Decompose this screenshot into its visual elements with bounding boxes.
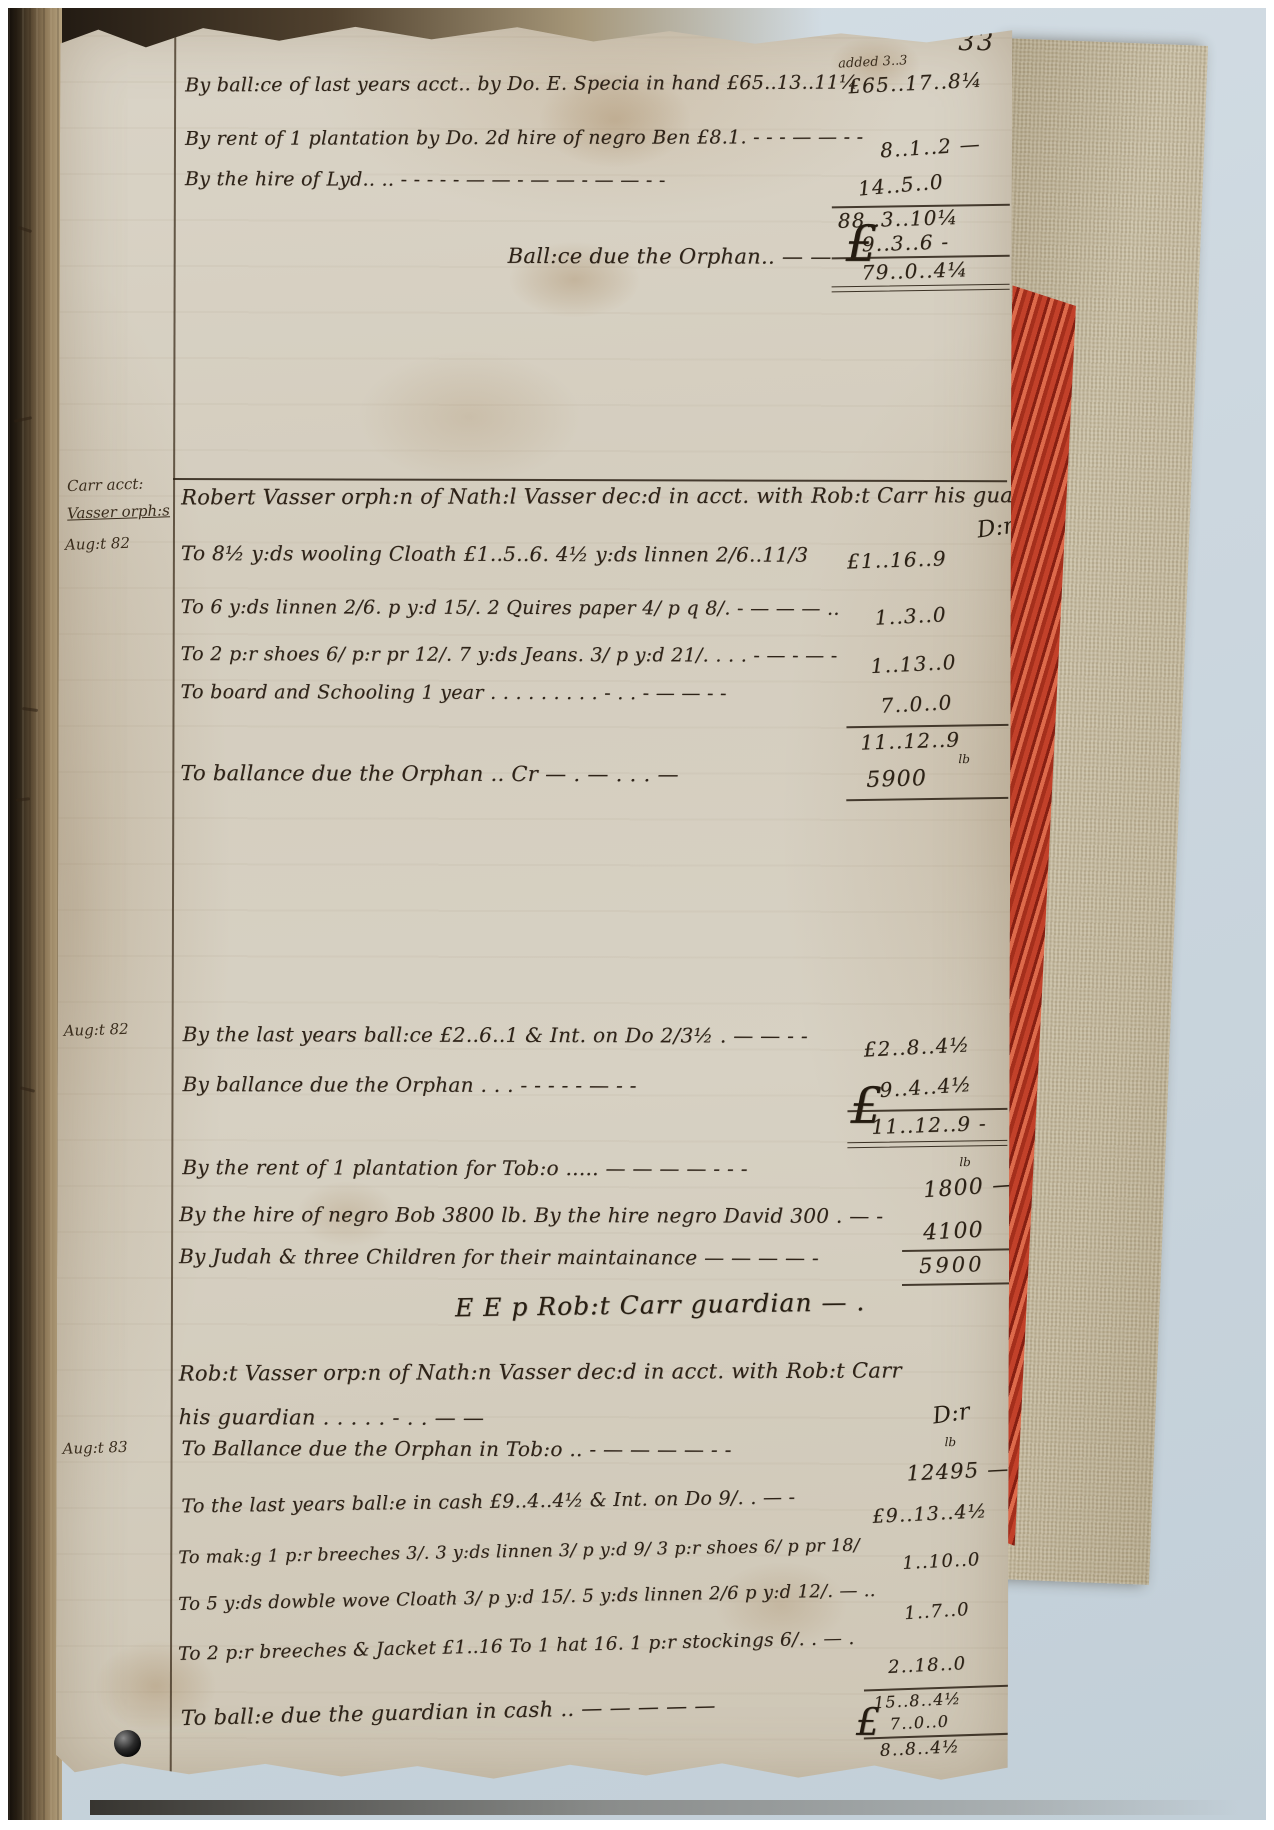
amount: 14..5..0	[857, 169, 945, 200]
balance-label: Ball:ce due the Orphan.. — —	[508, 244, 832, 269]
ledger-line: To Ballance due the Orphan in Tob:o .. -…	[182, 1437, 732, 1461]
amount: 1800 —	[923, 1172, 1017, 1203]
ledger-line: To 5 y:ds dowble wove Cloath 3/ p y:d 15…	[178, 1581, 876, 1616]
old-page-edges	[8, 8, 62, 1820]
desk-edge-shadow	[90, 1800, 1240, 1815]
subtotal-amount: 11..12..9	[860, 727, 961, 754]
account-header-continued: his guardian . . . . . - . . — —	[179, 1405, 485, 1430]
amount: 5900	[919, 1252, 985, 1278]
margin-note-carr-acct: Carr acct:	[67, 475, 144, 495]
binding-pin	[114, 1730, 141, 1757]
amount: £2..8..4½	[863, 1032, 971, 1061]
margin-note-vasser-orph: Vasser orph:s	[67, 501, 170, 522]
balance-amount: 5900	[866, 766, 928, 793]
page-edge-streaks	[8, 8, 62, 1820]
ledger-line: To board and Schooling 1 year . . . . . …	[181, 682, 727, 705]
ledger-line: To 2 p:r breeches & Jacket £1..16 To 1 h…	[178, 1628, 855, 1665]
ledger-line: To mak:g 1 p:r breeches 3/. 3 y:ds linne…	[178, 1536, 860, 1569]
margin-date-aug82-dr: Aug:t 82	[65, 534, 131, 554]
pound-sign: £	[856, 1703, 880, 1741]
dr-mark: D:r	[931, 1399, 971, 1430]
margin-date-aug83: Aug:t 83	[62, 1438, 128, 1458]
amount: 1..3..0	[874, 602, 947, 630]
amount: 1..7..0	[904, 1599, 971, 1624]
closing-double-rule	[847, 1140, 1007, 1148]
amount: £1..16..9	[847, 546, 948, 573]
ledger-line: By rent of 1 plantation by Do. 2d hire o…	[185, 127, 863, 151]
paper-stain	[359, 352, 579, 483]
ledger-line: By ballance due the Orphan . . . - - - -…	[182, 1073, 636, 1097]
ledger-line: By the rent of 1 plantation for Tob:o ..…	[182, 1156, 748, 1180]
amount: £9..13..4½	[872, 1500, 988, 1528]
amount: 1..10..0	[902, 1549, 981, 1574]
ledger-line: To the last years ball:e in cash £9..4..…	[181, 1487, 795, 1518]
ledger-line: By the hire of Lyd.. .. - - - - - — — - …	[185, 169, 666, 192]
sum-rule	[846, 797, 1008, 801]
ledger-line: To 8½ y:ds wooling Cloath £1..5..6. 4½ y…	[181, 542, 809, 567]
total-amount: 8..8..4½	[879, 1737, 960, 1761]
total-amount: 11..12..9 -	[871, 1111, 987, 1139]
ledger-line: By ball:ce of last years acct.. by Do. E…	[185, 72, 858, 97]
ledger-line: By the hire of negro Bob 3800 lb. By the…	[179, 1203, 883, 1228]
ledger-page: 33 added 3..3 By ball:ce of last years a…	[56, 21, 1013, 1785]
amount: 9..4..4½	[879, 1072, 973, 1102]
amount: 8..1..2 —	[879, 132, 981, 163]
margin-rule	[170, 31, 177, 1773]
ledger-photo: 33 added 3..3 By ball:ce of last years a…	[8, 8, 1266, 1820]
ledger-line: By the last years ball:ce £2..6..1 & Int…	[183, 1023, 808, 1048]
balance-amount: 79..0..4¼	[861, 257, 968, 284]
photo-frame: 33 added 3..3 By ball:ce of last years a…	[0, 0, 1274, 1830]
guardian-signature: E E p Rob:t Carr guardian — .	[455, 1287, 866, 1322]
dr-mark: D:r	[975, 513, 1015, 544]
account-header: Robert Vasser orph:n of Nath:l Vasser de…	[181, 483, 1058, 509]
sum-rule	[902, 1282, 1014, 1286]
sum-rule	[902, 1248, 1014, 1252]
amount: 2..18..0	[888, 1653, 967, 1678]
amount: 12495 —	[906, 1457, 1010, 1486]
total-amount: 7..0..0	[889, 1712, 949, 1734]
margin-date-aug82-cr: Aug:t 82	[63, 1020, 129, 1040]
balance-label: To ballance due the Orphan .. Cr — . — .…	[180, 761, 679, 786]
pounds-tobacco-unit: lb	[945, 1435, 957, 1449]
added-note: added 3..3	[838, 53, 908, 71]
pounds-tobacco-unit: lb	[958, 752, 970, 766]
account-header: Rob:t Vasser orp:n of Nath:n Vasser dec:…	[179, 1358, 902, 1385]
total-amount: 15..8..4½	[873, 1689, 961, 1712]
ledger-line: To 2 p:r shoes 6/ p:r pr 12/. 7 y:ds Jea…	[181, 644, 838, 668]
pounds-tobacco-unit: lb	[959, 1155, 971, 1169]
amount: 4100	[923, 1218, 985, 1246]
closing-double-rule	[832, 284, 1010, 293]
balance-label: To ball:e due the guardian in cash .. — …	[181, 1693, 716, 1730]
amount: 7..0..0	[880, 690, 953, 718]
section-divider-rule	[173, 478, 1007, 482]
ledger-line: By Judah & three Children for their main…	[179, 1245, 819, 1270]
ledger-line: To 6 y:ds linnen 2/6. p y:d 15/. 2 Quire…	[181, 597, 840, 621]
amount: £65..17..8¼	[848, 68, 983, 99]
amount: 1..13..0	[870, 650, 957, 678]
